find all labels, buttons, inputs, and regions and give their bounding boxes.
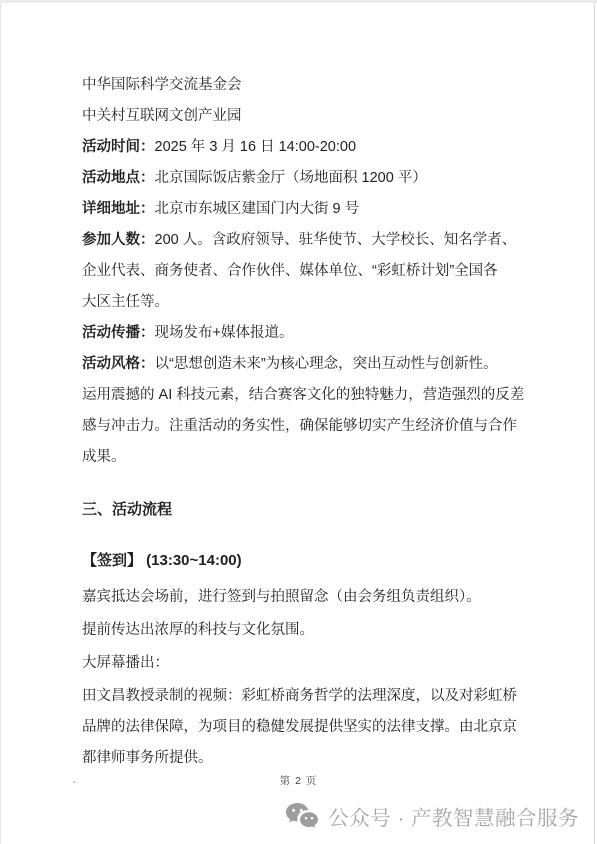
page-left-edge [0,3,1,844]
field-label: 活动时间： [82,139,155,155]
field-event-address: 详细地址：北京市东城区建国门内大街 9 号 [82,194,548,225]
wechat-icon [285,802,319,831]
line-org-foundation: 中华国际科学交流基金会 [82,70,548,101]
field-label: 详细地址： [82,201,155,217]
section-heading-event-flow: 三、活动流程 [82,494,548,525]
flow-paragraph-screen: 大屏幕播出： [82,648,548,679]
field-value: 以“思想创造未来”为核心理念，突出互动性与创新性。 运用震撼的 AI 科技元素，… [82,356,524,465]
field-label: 活动传播： [82,325,155,341]
flow-paragraph-atmosphere: 提前传达出浓厚的科技与文化氛围。 [82,615,548,646]
field-value: 北京市东城区建国门内大街 9 号 [155,201,360,217]
document-body: 中华国际科学交流基金会 中关村互联网文创产业园 活动时间：2025 年 3 月 … [82,70,548,774]
line-text: 中关村互联网文创产业园 [82,108,242,124]
field-attendees: 参加人数：200 人。含政府领导、驻华使节、大学校长、知名学者、 企业代表、商务… [82,225,548,318]
field-event-style: 活动风格：以“思想创造未来”为核心理念，突出互动性与创新性。 运用震撼的 AI … [82,349,548,473]
field-label: 活动地点： [82,170,155,186]
watermark-text: 公众号 · 产教智慧融合服务 [328,801,579,831]
page-top-divider [0,0,597,3]
field-value: 2025 年 3 月 16 日 14:00-20:00 [155,139,357,155]
page-number: 第 2 页 [0,773,597,788]
line-org-park: 中关村互联网文创产业园 [82,101,548,132]
page-right-edge [594,3,595,844]
line-text: 中华国际科学交流基金会 [82,77,242,93]
step-heading-checkin: 【签到】 (13:30~14:00) [82,545,548,576]
field-event-media: 活动传播：现场发布+媒体报道。 [82,318,548,349]
watermark-banner: 公众号 · 产教智慧融合服务 [285,801,579,831]
field-value: 北京国际饭店紫金厅（场地面积 1200 平） [155,170,427,186]
field-label: 活动风格： [82,356,155,372]
field-value: 现场发布+媒体报道。 [155,325,294,341]
flow-paragraph-arrival: 嘉宾抵达会场前，进行签到与拍照留念（由会务组负责组织）。 [82,582,548,613]
flow-paragraph-video: 田文昌教授录制的视频：彩虹桥商务哲学的法理深度，以及对彩虹桥 品牌的法律保障，为… [82,681,548,774]
field-event-location: 活动地点：北京国际饭店紫金厅（场地面积 1200 平） [82,163,548,194]
field-label: 参加人数： [82,232,155,248]
field-event-time: 活动时间：2025 年 3 月 16 日 14:00-20:00 [82,132,548,163]
